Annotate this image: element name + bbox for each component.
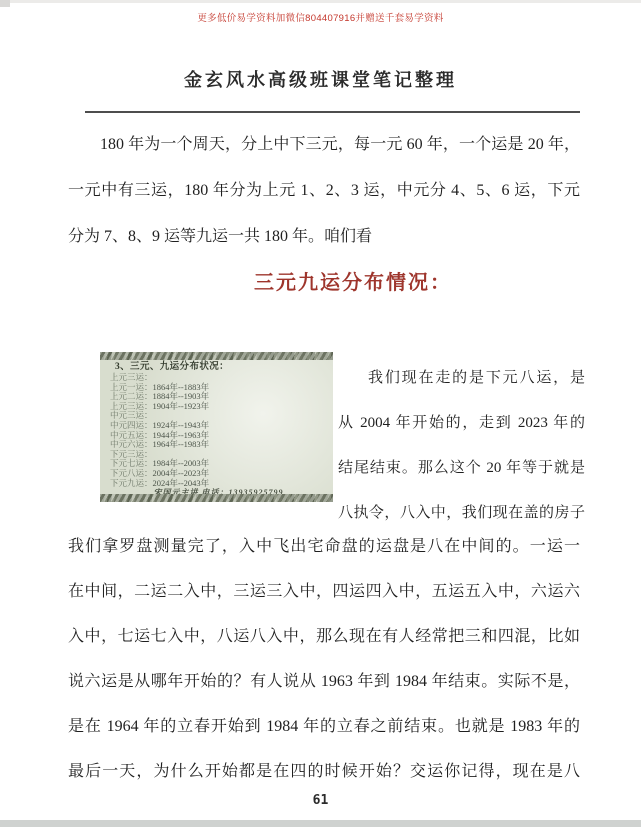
promo-note: 更多低价易学资料加微信804407916并赠送千套易学资料 <box>0 10 641 24</box>
text-line: 最后一天，为什么开始都是在四的时候开始？交运你记得，现在是八 <box>68 749 580 794</box>
figure-border-top <box>100 352 333 360</box>
text-line: 结尾结束。那么这个 20 年等于就是 <box>338 446 585 491</box>
figure-row: 下元九运：2024年--2043年 <box>110 479 327 489</box>
text-line: 说六运是从哪年开始的？有人说从 1963 年到 1984 年结束。实际不是， <box>68 659 580 704</box>
scan-edge-bottom <box>0 820 641 827</box>
document-page: 更多低价易学资料加微信804407916并赠送千套易学资料 金玄风水高级班课堂笔… <box>0 0 641 827</box>
text-line: 从 2004 年开始的，走到 2023 年的 <box>338 401 585 446</box>
figure-nine-periods-table: 3、三元、九运分布状况： 上元三运： 上元一运：1864年--1883年 上元二… <box>100 352 333 502</box>
text-line: 我们现在走的是下元八运，是 <box>338 356 585 401</box>
title-divider <box>85 111 580 113</box>
paragraph-beside-figure: 我们现在走的是下元八运，是 从 2004 年开始的，走到 2023 年的 结尾结… <box>338 356 585 536</box>
text-line: 入中，七运七入中，八运八入中，那么现在有人经常把三和四混，比如 <box>68 614 580 659</box>
document-title: 金玄风水高级班课堂笔记整理 <box>0 66 641 92</box>
text-line: 在中间，二运二入中，三运三入中，四运四入中，五运五入中，六运六 <box>68 569 580 614</box>
text-line: 我们拿罗盘测量完了，入中飞出宅命盘的运盘是八在中间的。一运一 <box>68 524 580 569</box>
text-line: 一元中有三运，180 年分为上元 1、2、3 运，中元分 4、5、6 运，下元 <box>68 168 580 214</box>
text-line: 180 年为一个周天，分上中下三元，每一元 60 年，一个运是 20 年， <box>68 122 580 168</box>
figure-content: 3、三元、九运分布状况： 上元三运： 上元一运：1864年--1883年 上元二… <box>100 360 333 494</box>
section-heading: 三元九运分布情况： <box>68 266 580 295</box>
figure-border-bottom <box>100 494 333 502</box>
paragraph-intro: 180 年为一个周天，分上中下三元，每一元 60 年，一个运是 20 年， 一元… <box>68 122 580 260</box>
text-line: 是在 1964 年的立春开始到 1984 年的立春之前结束。也就是 1983 年… <box>68 704 580 749</box>
paragraph-main: 我们拿罗盘测量完了，入中飞出宅命盘的运盘是八在中间的。一运一 在中间，二运二入中… <box>68 524 580 794</box>
scan-edge-corner <box>0 0 10 7</box>
page-number: 61 <box>0 793 641 808</box>
scan-edge-top <box>0 0 641 3</box>
text-line: 分为 7、8、9 运等九运一共 180 年。咱们看 <box>68 214 580 260</box>
